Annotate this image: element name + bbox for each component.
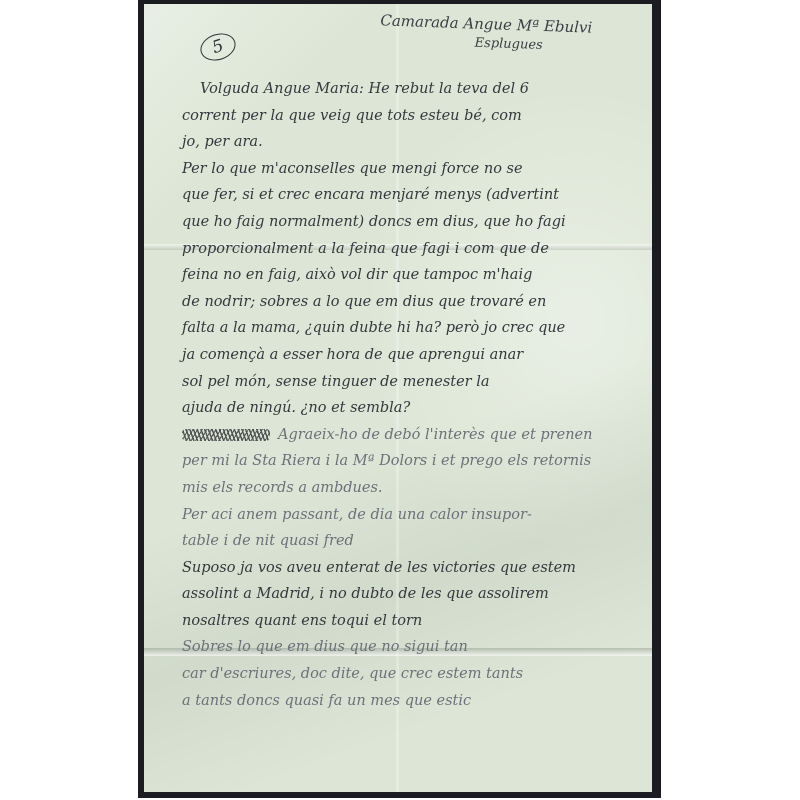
letter-line: car d'escriures, doc dite, que crec este… xyxy=(182,661,652,688)
letter-line-text: falta a la mama, ¿quin dubte hi ha? però… xyxy=(182,320,565,336)
letter-line-text: Sobres lo que em dius que no sigui tan xyxy=(182,639,468,655)
letter-line-text: ja començà a esser hora de que aprengui … xyxy=(182,347,523,363)
letter-line: Suposo ja vos aveu enterat de les victor… xyxy=(182,555,652,582)
letter-line: Volguda Angue Maria: He rebut la teva de… xyxy=(182,76,652,103)
letter-page: 5 Camarada Angue Mª Ebulvi Esplugues Vol… xyxy=(144,4,652,792)
letter-line-text: que fer, si et crec encara menjaré menys… xyxy=(182,187,559,203)
letter-line: assolint a Madrid, i no dubto de les que… xyxy=(182,581,652,608)
letter-line-text: Volguda Angue Maria: He rebut la teva de… xyxy=(200,81,529,97)
letter-line-text: de nodrir; sobres a lo que em dius que t… xyxy=(182,294,546,310)
letter-line-text: Per lo que m'aconselles que mengi force … xyxy=(182,161,523,177)
letter-line-text: assolint a Madrid, i no dubto de les que… xyxy=(182,586,549,602)
letter-line: Per aci anem passant, de dia una calor i… xyxy=(182,502,652,529)
letter-line: Per lo que m'aconselles que mengi force … xyxy=(182,156,652,183)
letter-body: Volguda Angue Maria: He rebut la teva de… xyxy=(182,76,652,714)
letter-line-text: nosaltres quant ens toqui el torn xyxy=(182,613,422,629)
letter-line: nosaltres quant ens toqui el torn xyxy=(182,608,652,635)
letter-line-text: mis els records a ambdues. xyxy=(182,480,383,496)
letter-line: table i de nit quasi fred xyxy=(182,528,652,555)
letter-line-text: proporcionalment a la feina que fagi i c… xyxy=(182,241,549,257)
letter-line-text: corrent per la que veig que tots esteu b… xyxy=(182,108,522,124)
letter-line-text: Suposo ja vos aveu enterat de les victor… xyxy=(182,560,576,576)
letter-line: que ho faig normalment) doncs em dius, q… xyxy=(182,209,652,236)
letter-line: feina no en faig, això vol dir que tampo… xyxy=(182,262,652,289)
letter-line-text: que ho faig normalment) doncs em dius, q… xyxy=(182,214,566,230)
letter-line-text: ajuda de ningú. ¿no et sembla? xyxy=(182,400,410,416)
letter-line: per mi la Sta Riera i la Mª Dolors i et … xyxy=(182,448,652,475)
page-number-circled: 5 xyxy=(197,29,239,65)
crossed-out-word xyxy=(182,429,270,441)
letter-line: ja començà a esser hora de que aprengui … xyxy=(182,342,652,369)
letter-line-text: jo, per ara. xyxy=(182,134,263,150)
letter-line-text: Per aci anem passant, de dia una calor i… xyxy=(182,507,532,523)
letter-line-text: sol pel món, sense tinguer de menester l… xyxy=(182,374,490,390)
letter-line: falta a la mama, ¿quin dubte hi ha? però… xyxy=(182,315,652,342)
letter-line: que fer, si et crec encara menjaré menys… xyxy=(182,182,652,209)
letter-line: ajuda de ningú. ¿no et sembla? xyxy=(182,395,652,422)
letter-line: proporcionalment a la feina que fagi i c… xyxy=(182,236,652,263)
letter-line: sol pel món, sense tinguer de menester l… xyxy=(182,369,652,396)
letter-line-text: car d'escriures, doc dite, que crec este… xyxy=(182,666,523,682)
letter-line-text: a tants doncs quasi fa un mes que estic xyxy=(182,693,471,709)
letter-line: Sobres lo que em dius que no sigui tan xyxy=(182,634,652,661)
addressee-block: Camarada Angue Mª Ebulvi Esplugues xyxy=(379,10,592,57)
letter-line: a tants doncs quasi fa un mes que estic xyxy=(182,688,652,715)
letter-line: de nodrir; sobres a lo que em dius que t… xyxy=(182,289,652,316)
letter-line: corrent per la que veig que tots esteu b… xyxy=(182,103,652,130)
letter-line: Agraeix-ho de debó l'interès que et pren… xyxy=(182,422,652,449)
letter-line-text: per mi la Sta Riera i la Mª Dolors i et … xyxy=(182,453,591,469)
letter-line-text: feina no en faig, això vol dir que tampo… xyxy=(182,267,532,283)
letter-line: mis els records a ambdues. xyxy=(182,475,652,502)
letter-line-text: Agraeix-ho de debó l'interès que et pren… xyxy=(278,427,592,443)
letter-line-text: table i de nit quasi fred xyxy=(182,533,354,549)
letter-line: jo, per ara. xyxy=(182,129,652,156)
